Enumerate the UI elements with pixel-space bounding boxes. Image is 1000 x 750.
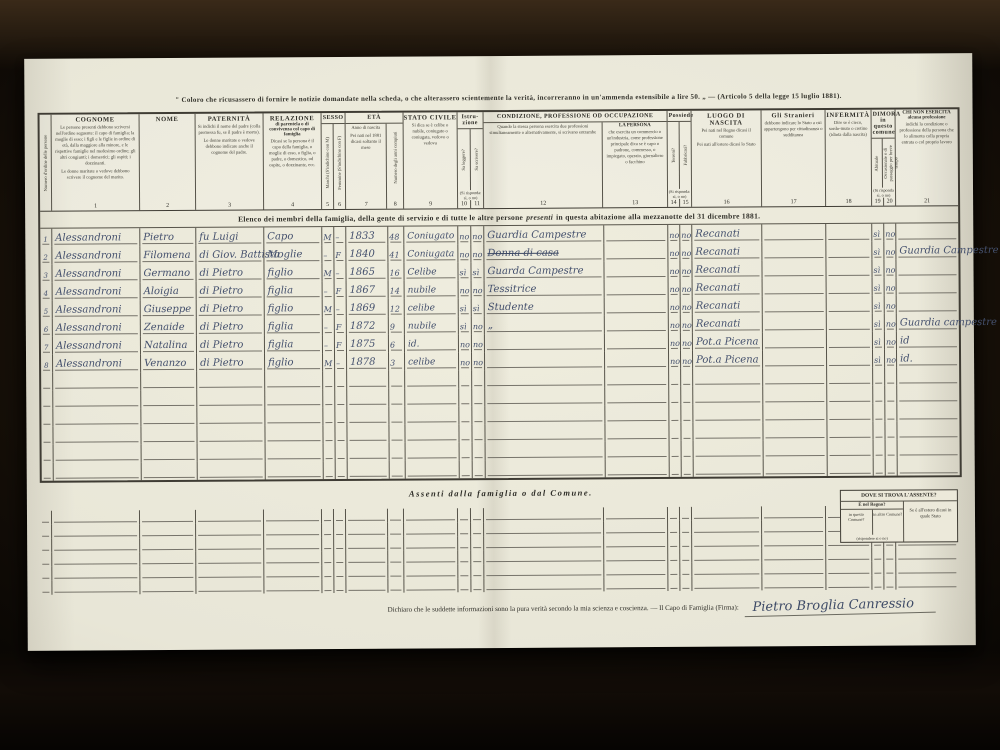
cell-stranieri	[763, 422, 827, 440]
cell-stranieri	[763, 404, 827, 422]
cell-anni	[388, 565, 404, 579]
cell-condizione	[484, 563, 604, 578]
cell-sa-scrivere	[471, 550, 484, 564]
header-terreni: Terreni?	[668, 122, 680, 189]
cell-infermita	[827, 350, 873, 368]
cell-occasionale	[884, 562, 896, 576]
cell-relazione: figlia	[265, 281, 323, 299]
cell-la-persona	[606, 441, 670, 459]
cell-paternita	[197, 425, 265, 443]
cell-sa-leggere	[458, 508, 471, 522]
cell-numero: 5	[41, 301, 53, 319]
cell-paternita	[196, 523, 264, 537]
cell-stato-civile	[404, 508, 458, 522]
cell-sa-leggere	[459, 388, 472, 406]
cell-stato-civile	[406, 442, 460, 460]
cell-fabbricati: no	[681, 351, 693, 369]
cell-la-persona	[604, 225, 668, 243]
cell-cognome: Alessandroni	[53, 318, 141, 337]
cell-terreni: no	[668, 243, 680, 261]
cell-numero	[40, 511, 52, 525]
cell-cognome	[52, 580, 140, 595]
cell-stato-civile: nubile	[405, 280, 459, 298]
cell-fabbricati	[681, 387, 693, 405]
assenti-grid: DOVE SI TROVA L'ASSENTE? È nel Regno? in…	[40, 505, 958, 595]
cell-condizione: Tessitrice	[485, 279, 605, 298]
cell-paternita: di Pietro	[197, 353, 265, 371]
header-istruzione-group: Istru-zione Sa leggere? Sa scrivere? (Si…	[458, 112, 485, 208]
cell-terreni	[669, 369, 681, 387]
cell-chi-non-esercita	[896, 561, 958, 575]
cell-occasionale	[884, 576, 896, 590]
cell-cognome	[53, 372, 141, 391]
cell-relazione	[264, 523, 322, 537]
cell-abituale	[874, 440, 886, 458]
cell-fabbricati: no	[680, 225, 692, 243]
cell-anni: 16	[388, 263, 404, 281]
cell-sa-scrivere	[471, 522, 484, 536]
cell-chi-non-esercita: id.	[897, 349, 959, 367]
cell-femmina: F	[334, 245, 346, 263]
cell-chi-non-esercita	[897, 367, 959, 385]
cell-stranieri	[762, 224, 826, 242]
cell-anni: 9	[389, 317, 405, 335]
cell-chi-non-esercita: Guardia campestre	[897, 313, 959, 331]
cell-cognome: Alessandroni	[53, 300, 141, 319]
cell-relazione	[265, 407, 323, 425]
cell-numero	[41, 409, 53, 427]
cell-cognome	[52, 538, 140, 553]
cell-relazione	[264, 537, 322, 551]
cell-cognome	[52, 566, 140, 581]
cell-relazione: figlio	[265, 299, 323, 317]
cell-paternita: di Pietro	[197, 335, 265, 353]
cell-anno-nascita	[346, 537, 388, 551]
cell-fabbricati	[681, 369, 693, 387]
cell-anno-nascita: 1875	[347, 335, 389, 353]
cell-sa-scrivere: no	[472, 352, 485, 370]
cell-relazione	[264, 551, 322, 565]
header-anni-compiuti: Numero degli anni compiuti 8	[387, 124, 403, 209]
cell-fabbricati: no	[681, 297, 693, 315]
cell-fabbricati: no	[681, 279, 693, 297]
cell-paternita: di Pietro	[196, 263, 264, 281]
census-table: Numero d'ordine delle persone COGNOME Le…	[38, 107, 962, 483]
cell-femmina	[334, 523, 346, 537]
cell-infermita	[826, 224, 872, 242]
cell-sa-scrivere: no	[471, 226, 484, 244]
cell-femmina	[336, 461, 348, 479]
cell-cognome: Alessandroni	[52, 264, 140, 283]
cell-nome	[140, 552, 196, 566]
cell-terreni: no	[669, 351, 681, 369]
cell-la-persona	[605, 333, 669, 351]
cell-maschio: M	[322, 263, 334, 281]
cell-maschio	[322, 579, 334, 593]
header-sa-leggere: Sa leggere?	[458, 129, 471, 190]
cell-relazione: Moglie	[264, 245, 322, 263]
cell-sa-leggere	[459, 406, 472, 424]
cell-stato-civile	[404, 536, 458, 550]
cell-relazione	[264, 565, 322, 579]
cell-paternita: di Pietro	[197, 299, 265, 317]
cell-nome: Filomena	[140, 246, 196, 264]
cell-stranieri	[763, 332, 827, 350]
header-sa-scrivere: Sa scrivere?	[470, 129, 483, 190]
cell-infermita	[827, 404, 873, 422]
cell-sa-scrivere	[471, 508, 484, 522]
cell-luogo-nascita: Recanati	[692, 242, 762, 260]
cell-femmina: –	[334, 227, 346, 245]
cell-fabbricati	[680, 521, 692, 535]
cell-maschio: –	[322, 245, 334, 263]
cell-anni: 6	[389, 335, 405, 353]
header-occasionale: Occasionale o di passaggio per breve tem…	[883, 139, 895, 188]
cell-fabbricati	[680, 535, 692, 549]
declaration-text: Dichiaro che le suddette informazioni so…	[388, 604, 739, 614]
cell-terreni	[668, 549, 680, 563]
cell-sa-leggere: no	[458, 244, 471, 262]
header-possiede-group: Possiede Terreni? Fabbricati? (Si rispon…	[668, 111, 693, 207]
cell-fabbricati	[680, 577, 692, 591]
cell-chi-non-esercita	[897, 295, 959, 313]
cell-fabbricati	[681, 405, 693, 423]
cell-maschio: –	[323, 335, 335, 353]
cell-maschio: M	[323, 353, 335, 371]
cell-anno-nascita: 1872	[347, 317, 389, 335]
cell-anno-nascita: 1869	[347, 299, 389, 317]
cell-abituale: sì	[873, 350, 885, 368]
cell-cognome: Alessandroni	[53, 282, 141, 301]
cell-abituale: sì	[873, 296, 885, 314]
cell-condizione	[484, 521, 604, 536]
cell-terreni	[670, 441, 682, 459]
cell-anno-nascita: 1867	[347, 281, 389, 299]
cell-fabbricati: no	[680, 261, 692, 279]
header-anno-nascita: Anno di nascita Pei nati nel 1881 dicasi…	[346, 124, 388, 209]
cell-occasionale	[885, 422, 897, 440]
cell-occasionale	[885, 404, 897, 422]
cell-la-persona	[604, 577, 668, 591]
cell-anno-nascita	[348, 443, 390, 461]
cell-nome: Natalina	[141, 336, 197, 354]
cell-occasionale	[885, 368, 897, 386]
cell-la-persona	[604, 507, 668, 521]
cell-terreni: no	[669, 279, 681, 297]
cell-nome	[140, 580, 196, 594]
cell-la-persona	[606, 459, 670, 477]
cell-sa-leggere: sì	[459, 316, 472, 334]
cell-stato-civile	[404, 522, 458, 536]
cell-maschio	[322, 551, 334, 565]
cell-fabbricati: no	[681, 315, 693, 333]
header-la-persona: LA PERSONA che esercita un commercio o u…	[603, 122, 667, 207]
cell-relazione: figlio	[265, 353, 323, 371]
cell-occasionale	[886, 458, 898, 476]
cell-chi-non-esercita	[896, 547, 958, 561]
cell-sa-leggere: no	[458, 226, 471, 244]
cell-condizione	[484, 507, 604, 522]
cell-terreni	[669, 387, 681, 405]
cell-infermita	[827, 296, 873, 314]
cell-stranieri	[764, 440, 828, 458]
header-nome: NOME 2	[140, 114, 197, 210]
cell-abituale: sì	[873, 314, 885, 332]
cell-luogo-nascita	[694, 440, 764, 458]
cell-luogo-nascita: Recanati	[693, 314, 763, 332]
cell-infermita	[827, 422, 873, 440]
cell-sa-scrivere	[473, 442, 486, 460]
cell-terreni	[669, 405, 681, 423]
header-femmine: Femmine (S'indichino con F)	[333, 124, 345, 201]
cell-paternita	[196, 537, 264, 551]
cell-femmina	[334, 565, 346, 579]
cell-relazione: figlia	[265, 317, 323, 335]
cell-sa-leggere	[459, 424, 472, 442]
cell-anno-nascita	[346, 509, 388, 523]
cell-maschio	[322, 523, 334, 537]
cell-stranieri	[762, 520, 826, 534]
cell-numero	[41, 373, 53, 391]
cell-nome: Aloigia	[141, 282, 197, 300]
cell-sa-scrivere: no	[471, 244, 484, 262]
cell-maschio	[324, 461, 336, 479]
cell-stranieri	[762, 242, 826, 260]
cell-maschio	[322, 537, 334, 551]
cell-infermita	[827, 278, 873, 296]
cell-anno-nascita: 1833	[346, 227, 388, 245]
cell-sa-scrivere	[471, 536, 484, 550]
cell-cognome: Alessandroni	[52, 246, 140, 265]
cell-terreni	[668, 521, 680, 535]
cell-femmina	[334, 509, 346, 523]
cell-stranieri	[763, 350, 827, 368]
cell-chi-non-esercita	[898, 439, 960, 457]
cell-nome: Giuseppe	[141, 300, 197, 318]
cell-cognome	[52, 510, 140, 525]
cell-anno-nascita: 1865	[346, 263, 388, 281]
cell-luogo-nascita	[692, 534, 762, 548]
cell-nome	[141, 390, 197, 408]
cell-paternita: fu Luigi	[196, 227, 264, 245]
cell-abituale	[874, 458, 886, 476]
cell-sa-scrivere: sì	[471, 262, 484, 280]
header-sesso-group: SESSO Maschi (S'indichino con M) Femmine…	[322, 113, 347, 209]
cell-femmina	[335, 425, 347, 443]
cell-luogo-nascita: Pot.a Picena	[693, 332, 763, 350]
cell-stranieri	[763, 386, 827, 404]
cell-sa-scrivere	[472, 424, 485, 442]
cell-terreni: no	[668, 261, 680, 279]
cell-relazione: Capo	[264, 227, 322, 245]
cell-occasionale: no	[885, 278, 897, 296]
cell-anni	[388, 509, 404, 523]
cell-condizione: Studente	[485, 297, 605, 316]
cell-paternita: di Giov. Battista	[196, 245, 264, 263]
cell-maschio	[323, 407, 335, 425]
cell-numero: 6	[41, 319, 53, 337]
cell-abituale: sì	[873, 332, 885, 350]
cell-sa-leggere: no	[459, 334, 472, 352]
cell-abituale: sì	[872, 224, 884, 242]
cell-sa-scrivere	[471, 578, 484, 592]
cell-abituale	[873, 368, 885, 386]
cell-anni	[388, 579, 404, 593]
cell-occasionale: no	[885, 314, 897, 332]
cell-abituale	[872, 576, 884, 590]
cell-anni	[388, 523, 404, 537]
cell-terreni: no	[669, 333, 681, 351]
cell-cognome: Alessandroni	[53, 336, 141, 355]
cell-sa-leggere	[460, 460, 473, 478]
cell-terreni: no	[669, 297, 681, 315]
cell-condizione	[485, 387, 605, 406]
cell-luogo-nascita	[694, 458, 764, 476]
cell-numero	[42, 445, 54, 463]
cell-infermita	[828, 440, 874, 458]
cell-stranieri	[762, 506, 826, 520]
cell-relazione	[265, 371, 323, 389]
cell-paternita	[198, 443, 266, 461]
cell-sa-leggere: no	[459, 352, 472, 370]
cell-stato-civile: Coniugato	[404, 226, 458, 244]
cell-anni: 48	[388, 227, 404, 245]
cell-paternita: di Pietro	[197, 317, 265, 335]
cell-relazione	[266, 461, 324, 479]
cell-luogo-nascita	[693, 386, 763, 404]
cell-cognome: Alessandroni	[53, 354, 141, 373]
cell-infermita	[826, 548, 872, 562]
cell-femmina	[336, 443, 348, 461]
cell-condizione	[485, 333, 605, 352]
cell-condizione	[486, 459, 606, 478]
cell-relazione	[266, 443, 324, 461]
header-maschi: Maschi (S'indichino con M)	[322, 124, 334, 201]
cell-nome: Zenaide	[141, 318, 197, 336]
cell-paternita	[198, 461, 266, 479]
cell-cognome	[52, 524, 140, 539]
cell-sa-scrivere	[472, 388, 485, 406]
cell-occasionale: no	[884, 260, 896, 278]
cell-femmina	[334, 551, 346, 565]
cell-terreni: no	[668, 225, 680, 243]
cell-luogo-nascita	[693, 422, 763, 440]
cell-occasionale: no	[884, 224, 896, 242]
cell-terreni	[668, 535, 680, 549]
cell-fabbricati	[680, 563, 692, 577]
cell-luogo-nascita	[693, 404, 763, 422]
cell-condizione: Guardia Campestre	[484, 225, 604, 244]
cell-condizione	[484, 577, 604, 592]
cell-chi-non-esercita	[897, 403, 959, 421]
cell-stranieri	[762, 260, 826, 278]
cell-relazione: figlia	[265, 335, 323, 353]
cell-chi-non-esercita	[897, 277, 959, 295]
cell-fabbricati: no	[680, 243, 692, 261]
cell-abituale	[873, 386, 885, 404]
cell-fabbricati	[682, 459, 694, 477]
cell-numero	[41, 427, 53, 445]
cell-fabbricati	[682, 441, 694, 459]
cell-numero: 8	[41, 355, 53, 373]
cell-nome	[140, 566, 196, 580]
cell-femmina: –	[335, 353, 347, 371]
cell-la-persona	[604, 549, 668, 563]
cell-la-persona	[604, 563, 668, 577]
cell-anno-nascita: 1878	[347, 353, 389, 371]
cell-stato-civile	[404, 564, 458, 578]
cell-anni	[389, 371, 405, 389]
header-dimora-group: DIMORA in questo comune Abituale Occasio…	[872, 110, 897, 206]
cell-occasionale: no	[885, 332, 897, 350]
cell-condizione	[485, 423, 605, 442]
cell-femmina: F	[335, 281, 347, 299]
cell-nome: Germano	[140, 264, 196, 282]
cell-occasionale	[886, 440, 898, 458]
cell-anno-nascita	[348, 461, 390, 479]
cell-nome	[140, 510, 196, 524]
cell-occasionale	[884, 548, 896, 562]
cell-stato-civile	[405, 406, 459, 424]
cell-occasionale: no	[885, 350, 897, 368]
assente-estero: Se è all'estero dicasi in quale Stato	[904, 501, 957, 541]
cell-numero: 1	[40, 229, 52, 247]
cell-anni	[388, 537, 404, 551]
cell-sa-leggere	[459, 370, 472, 388]
cell-numero	[40, 553, 52, 567]
cell-infermita	[827, 332, 873, 350]
cell-sa-scrivere	[472, 406, 485, 424]
cell-abituale	[872, 562, 884, 576]
cell-anni: 14	[389, 281, 405, 299]
cell-cognome	[54, 462, 142, 481]
cell-cognome	[53, 390, 141, 409]
cell-fabbricati: no	[681, 333, 693, 351]
cell-condizione: Donna di casa	[484, 243, 604, 262]
cell-sa-scrivere	[473, 460, 486, 478]
cell-sa-scrivere: no	[472, 334, 485, 352]
cell-anni: 41	[388, 245, 404, 263]
cell-nome	[142, 444, 198, 462]
header-cognome: COGNOME Le persone presenti debbono scri…	[52, 114, 141, 211]
cell-abituale: sì	[872, 260, 884, 278]
cell-sa-scrivere: no	[472, 316, 485, 334]
cell-stranieri	[762, 534, 826, 548]
cell-condizione	[484, 535, 604, 550]
cell-anno-nascita	[347, 407, 389, 425]
assente-nel-regno: È nel Regno? in questo Comune? in altro …	[841, 502, 904, 542]
cell-sa-scrivere: no	[472, 280, 485, 298]
cell-terreni	[668, 507, 680, 521]
cell-la-persona	[605, 387, 669, 405]
header-infermita: INFERMITÀ Dire se è cieco, sordo-muto o …	[826, 110, 873, 206]
cell-nome	[142, 462, 198, 480]
cell-anni	[389, 425, 405, 443]
cell-luogo-nascita	[692, 576, 762, 590]
cell-infermita	[826, 260, 872, 278]
cell-stato-civile	[405, 388, 459, 406]
cell-paternita: di Pietro	[197, 281, 265, 299]
cell-sa-leggere: sì	[459, 298, 472, 316]
cell-la-persona	[604, 521, 668, 535]
cell-sa-leggere	[458, 550, 471, 564]
cell-cognome	[53, 408, 141, 427]
cell-la-persona	[605, 279, 669, 297]
cell-anni	[389, 407, 405, 425]
cell-anno-nascita	[347, 371, 389, 389]
header-paternita: PATERNITÀ Si indichi il nome del padre (…	[196, 113, 265, 209]
cell-sa-leggere: sì	[458, 262, 471, 280]
